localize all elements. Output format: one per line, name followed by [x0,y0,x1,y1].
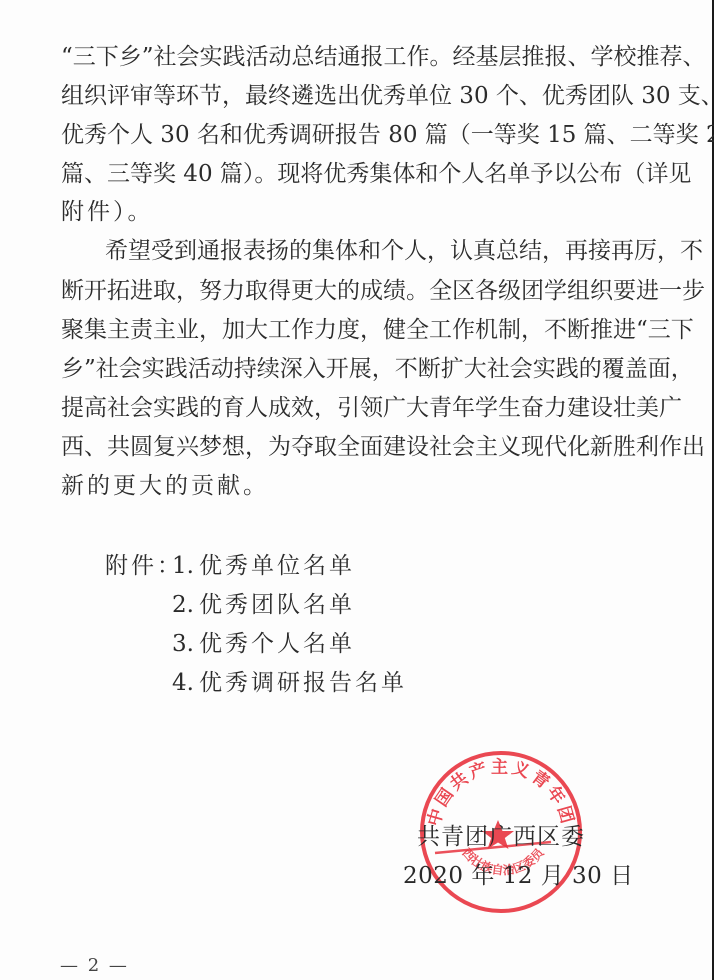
attachment-1-title: 优秀单位名单 [199,547,355,586]
paragraph-2-line-5: 提高社会实践的育人成效，引领广大青年学生奋力建设壮美广 [61,389,673,428]
paragraph-1-line-2: 组织评审等环节，最终遴选出优秀单位 30 个、优秀团队 30 支、 [61,77,673,116]
signature-date: 2020 年 12 月 30 日 [403,857,634,896]
paragraph-1-line-3: 优秀个人 30 名和优秀调研报告 80 篇（一等奖 15 篇、二等奖 25 [61,116,673,155]
paragraph-2-line-2: 断开拓进取，努力取得更大的成绩。全区各级团学组织要进一步 [61,272,673,311]
attachment-4-title: 优秀调研报告名单 [199,664,407,703]
paragraph-2-line-1: 希望受到通报表扬的集体和个人，认真总结，再接再厉，不 [105,232,673,271]
attachment-3-number: 3. [172,625,194,664]
attachment-3-title: 优秀个人名单 [199,625,355,664]
page-number: — 2 — [60,955,129,976]
attachment-2-title: 优秀团队名单 [199,586,355,625]
signature-organization: 共青团广西区委 [417,818,585,857]
paragraph-2-line-6: 西、共圆复兴梦想，为夺取全面建设社会主义现代化新胜利作出 [61,428,673,467]
document-page: “三下乡”社会实践活动总结通报工作。经基层推报、学校推荐、 组织评审等环节，最终… [0,0,714,980]
paragraph-1-line-5: 附件）。 [61,193,673,232]
paragraph-2-line-3: 聚集主责主业，加大工作力度，健全工作机制，不断推进“三下 [61,311,673,350]
paragraph-1-line-1: “三下乡”社会实践活动总结通报工作。经基层推报、学校推荐、 [61,38,673,77]
attachment-1-number: 1. [172,547,194,586]
attachment-4-number: 4. [172,664,194,703]
paragraph-1-line-4: 篇、三等奖 40 篇）。现将优秀集体和个人名单予以公布（详见 [61,155,673,194]
paragraph-2-line-7: 新的更大的贡献。 [61,467,673,506]
attachment-2-number: 2. [172,586,194,625]
paragraph-2-line-4: 乡”社会实践活动持续深入开展，不断扩大社会实践的覆盖面， [61,350,673,389]
